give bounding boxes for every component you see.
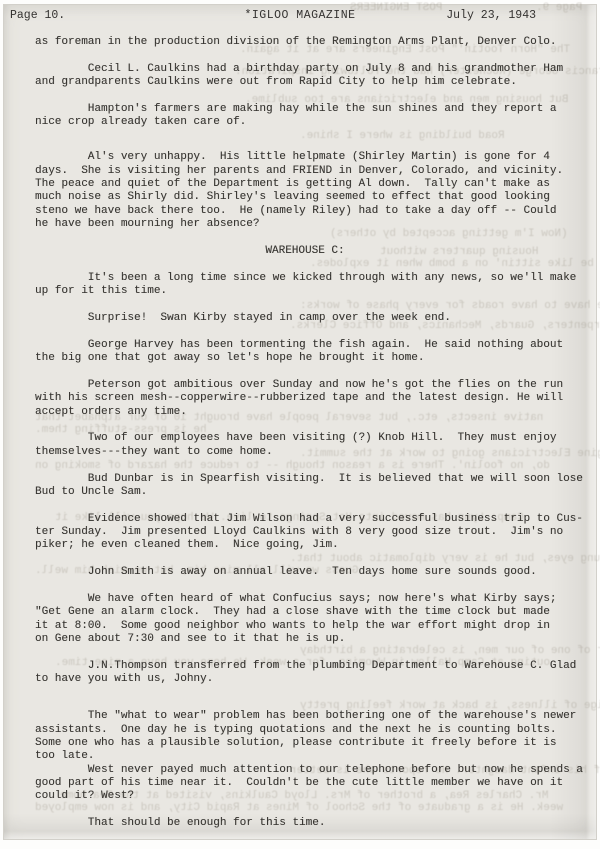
text-line: J.N.Thompson transferred from the plumbi… (35, 660, 575, 673)
paragraph: as foreman in the production division of… (35, 36, 575, 49)
text-line: George Harvey has been tormenting the fi… (35, 339, 575, 352)
paragraph: George Harvey has been tormenting the fi… (35, 339, 575, 366)
page-number: Page 10. (10, 9, 65, 22)
text-line: ter Sunday. Jim presented Lloyd Caulkins… (35, 526, 575, 539)
text-line: John Smith is away on annual leave. Ten … (35, 566, 575, 579)
text-line: themselves---they want to come home. (35, 446, 575, 459)
paragraph: That should be enough for this time. (35, 817, 575, 830)
text-line: WAREHOUSE C: (35, 245, 575, 258)
text-line: Two of our employees have been visiting … (35, 432, 575, 445)
text-line: That should be enough for this time. (35, 817, 575, 830)
text-line: Hampton's farmers are making hay while t… (35, 103, 575, 116)
paragraph: West never payed much attention to our t… (35, 764, 575, 804)
issue-date: July 23, 1943 (446, 9, 536, 22)
paragraph: We have often heard of what Confucius sa… (35, 593, 575, 647)
text-line: We have often heard of what Confucius sa… (35, 593, 575, 606)
text-line: Al's very unhappy. His little helpmate (… (35, 151, 575, 164)
paragraph: It's been a long time since we kicked th… (35, 272, 575, 299)
text-line: Peterson got ambitious over Sunday and n… (35, 379, 575, 392)
text-line: too late. (35, 750, 575, 763)
text-line: "Get Gene an alarm clock. They had a clo… (35, 606, 575, 619)
text-line: he have been mourning her absence? (35, 218, 575, 231)
text-line: Bud to Uncle Sam. (35, 486, 575, 499)
text-line: on Gene about 7:30 and see to it that he… (35, 633, 575, 646)
text-line: It's been a long time since we kicked th… (35, 272, 575, 285)
text-line: and grandparents Caulkins were out from … (35, 76, 575, 89)
document-body: as foreman in the production division of… (35, 36, 575, 831)
text-line: good part of his time near it. Couldn't … (35, 777, 575, 790)
paragraph: Surprise! Swan Kirby stayed in camp over… (35, 312, 575, 325)
text-line: piker; he even cleaned them. Nice going,… (35, 539, 575, 552)
paragraph: Evidence showed that Jim Wilson had a ve… (35, 513, 575, 553)
text-line: accept orders any time. (35, 406, 575, 419)
text-line: up for it this time. (35, 285, 575, 298)
text-line: Evidence showed that Jim Wilson had a ve… (35, 513, 575, 526)
text-line: steno we have back there too. He (namely… (35, 205, 575, 218)
paragraph: J.N.Thompson transferred from the plumbi… (35, 660, 575, 687)
section-heading: WAREHOUSE C: (35, 245, 575, 258)
paragraph: Hampton's farmers are making hay while t… (35, 103, 575, 130)
paragraph: John Smith is away on annual leave. Ten … (35, 566, 575, 579)
text-line: Bud Dunbar is in Spearfish visiting. It … (35, 473, 575, 486)
text-line: The "what to wear" problem has been both… (35, 710, 575, 723)
scanned-magazine-page: POST ENGINEERSPage 9.The "Horn Tootin'" … (0, 0, 600, 849)
masthead-title: *IGLOO MAGAZINE (244, 9, 355, 22)
text-line: days. She is visiting her parents and FR… (35, 165, 575, 178)
paragraph: Al's very unhappy. His little helpmate (… (35, 151, 575, 231)
text-line: it at 8:00. Some good neighbor who wants… (35, 620, 575, 633)
paragraph: Two of our employees have been visiting … (35, 432, 575, 459)
text-line: the big one that got away so let's hope … (35, 352, 575, 365)
text-line: The peace and quiet of the Department is… (35, 178, 575, 191)
paragraph: Bud Dunbar is in Spearfish visiting. It … (35, 473, 575, 500)
text-line: Cecil L. Caulkins had a birthday party o… (35, 63, 575, 76)
text-line: as foreman in the production division of… (35, 36, 575, 49)
text-line: nice crop already taken care of. (35, 116, 575, 129)
text-line: with his screen mesh--copperwire--rubber… (35, 392, 575, 405)
text-line: Some one who has a plausible solution, p… (35, 737, 575, 750)
text-line: West never payed much attention to our t… (35, 764, 575, 777)
text-line: assistants. One day he is typing quotati… (35, 724, 575, 737)
text-line: could it? West? (35, 790, 575, 803)
paragraph: Peterson got ambitious over Sunday and n… (35, 379, 575, 419)
text-line: to have you with us, Johny. (35, 673, 575, 686)
paragraph: The "what to wear" problem has been both… (35, 710, 575, 764)
paragraph: Cecil L. Caulkins had a birthday party o… (35, 63, 575, 90)
page-header: Page 10. *IGLOO MAGAZINE July 23, 1943 (0, 9, 600, 25)
text-line: Surprise! Swan Kirby stayed in camp over… (35, 312, 575, 325)
text-line: much noise as Shirly did. Shirley's leav… (35, 191, 575, 204)
